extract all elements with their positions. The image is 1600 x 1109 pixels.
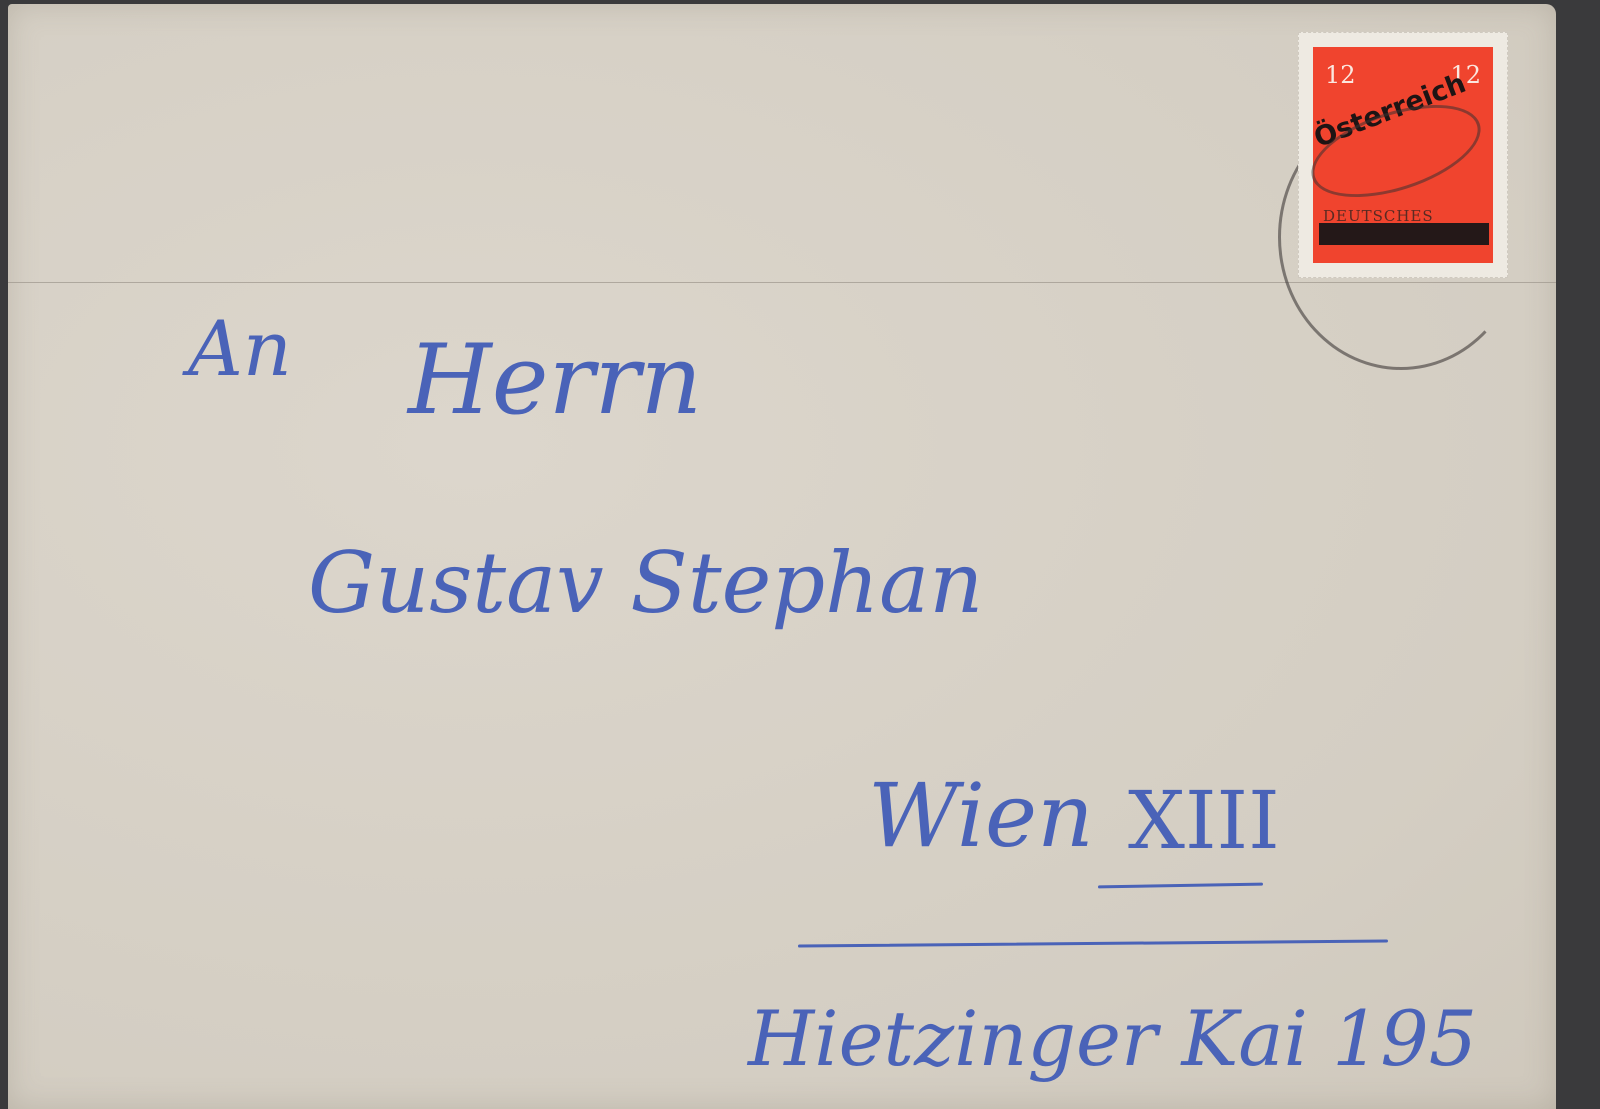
address-line-name: Gustav Stephan <box>308 534 983 632</box>
address-city: Wien <box>868 764 1094 867</box>
address-line-herrn: Herrn <box>408 324 702 436</box>
city-underline <box>798 939 1388 947</box>
stamp-value-left: 12 <box>1325 61 1356 89</box>
address-line-an: An <box>188 304 292 393</box>
address-district: XIII <box>1128 774 1280 867</box>
envelope: 12 12 Österreich DEUTSCHES REICH An Herr… <box>8 4 1556 1109</box>
address-street: Hietzinger Kai 195 <box>748 994 1477 1083</box>
stamp-obliteration-bar <box>1319 223 1489 245</box>
district-underline <box>1098 883 1263 889</box>
